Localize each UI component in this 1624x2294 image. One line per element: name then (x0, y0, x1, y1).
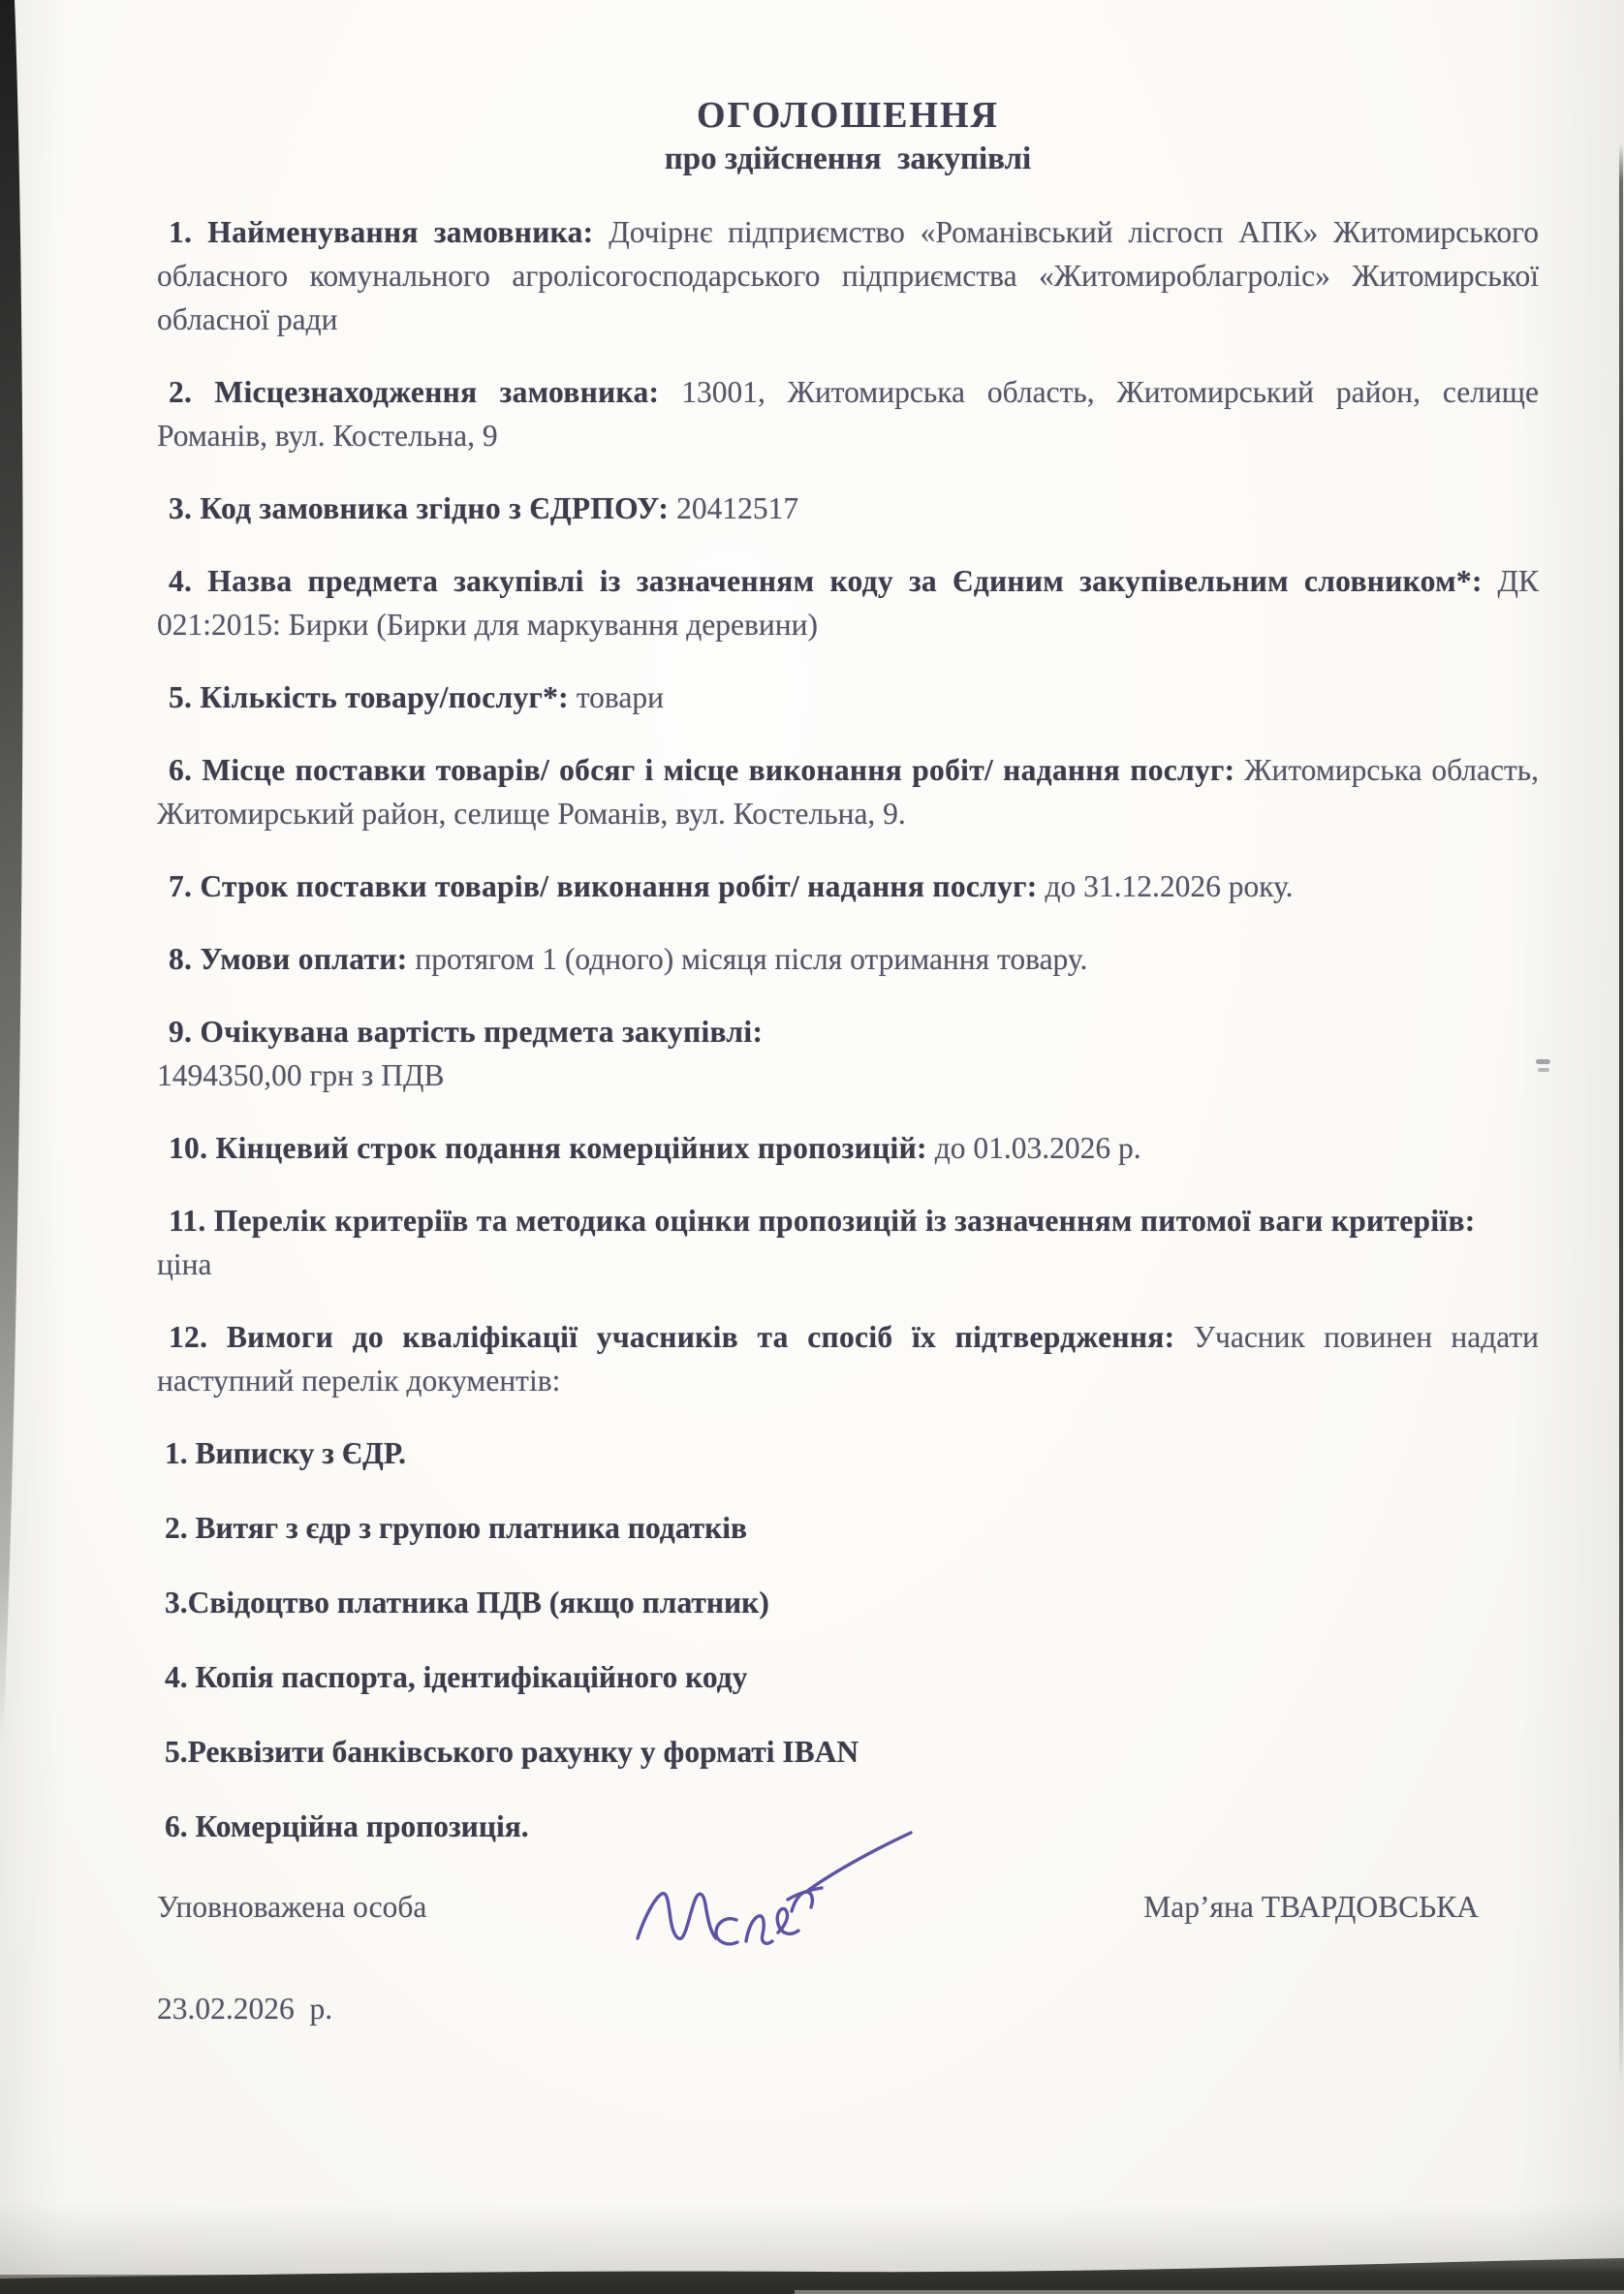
signatory-role: Уповноважена особа (157, 1885, 426, 1929)
section-label: 9. Очікувана вартість предмета закупівлі… (169, 1015, 763, 1049)
section-value: товари (577, 680, 664, 714)
section-label: 1. Найменування замовника: (169, 215, 593, 249)
signatory-name: Мар’яна ТВАРДОВСЬКА (1143, 1885, 1479, 1929)
document-item: 3.Свідоцтво платника ПДВ (якщо платник) (157, 1581, 1539, 1624)
section-paragraph: 4. Назва предмета закупівлі із зазначенн… (157, 559, 1539, 646)
scanned-page: ОГОЛОШЕННЯ про здійснення закупівлі 1. Н… (0, 0, 1624, 2294)
numbered-sections: 1. Найменування замовника: Дочірнє підпр… (157, 210, 1539, 1402)
section-label: 3. Код замовника згідно з ЄДРПОУ: (169, 491, 669, 525)
qualification-document-list: 1. Виписку з ЄДР.2. Витяг з єдр з групою… (157, 1431, 1539, 1848)
section-paragraph: 12. Вимоги до кваліфікації учасників та … (157, 1315, 1539, 1402)
section-value: до 01.03.2026 р. (935, 1131, 1141, 1165)
document-item: 5.Реквізити банківського рахунку у форма… (157, 1730, 1539, 1774)
section-label: 11. Перелік критеріїв та методика оцінки… (169, 1204, 1476, 1238)
section-label: 6. Місце поставки товарів/ обсяг і місце… (169, 753, 1234, 787)
page-title: ОГОЛОШЕННЯ (157, 92, 1539, 139)
section-value: до 31.12.2026 року. (1045, 869, 1293, 903)
section-label: 4. Назва предмета закупівлі із зазначенн… (169, 564, 1483, 598)
section-paragraph: 11. Перелік критеріїв та методика оцінки… (157, 1199, 1539, 1286)
handwritten-signature-icon (601, 1793, 940, 2035)
section-label: 10. Кінцевий строк подання комерційних п… (169, 1131, 927, 1165)
section-label: 7. Строк поставки товарів/ виконання роб… (169, 869, 1038, 903)
section-label: 2. Місцезнаходження замовника: (169, 375, 659, 409)
section-label: 8. Умови оплати: (169, 942, 408, 976)
section-value: 20412517 (676, 491, 798, 525)
section-paragraph: 7. Строк поставки товарів/ виконання роб… (157, 864, 1539, 908)
scan-artifact (1536, 1059, 1550, 1064)
scan-left-edge (0, 0, 29, 1744)
section-paragraph: 6. Місце поставки товарів/ обсяг і місце… (157, 748, 1539, 835)
section-paragraph: 2. Місцезнаходження замовника: 13001, Жи… (157, 370, 1539, 457)
scan-artifact (1538, 1068, 1549, 1072)
section-value: 1494350,00 грн з ПДВ (157, 1058, 444, 1092)
section-label: 12. Вимоги до кваліфікації учасників та … (169, 1320, 1174, 1354)
section-paragraph: 5. Кількість товару/послуг*: товари (157, 676, 1539, 719)
section-paragraph: 3. Код замовника згідно з ЄДРПОУ: 204125… (157, 487, 1539, 530)
section-paragraph: 10. Кінцевий строк подання комерційних п… (157, 1126, 1539, 1170)
section-value: ціна (157, 1247, 211, 1281)
page-subtitle: про здійснення закупівлі (157, 139, 1539, 179)
document-body: ОГОЛОШЕННЯ про здійснення закупівлі 1. Н… (157, 92, 1539, 2030)
section-label: 5. Кількість товару/послуг*: (169, 680, 569, 714)
document-item: 4. Копія паспорта, ідентифікаційного код… (157, 1655, 1539, 1699)
scan-bottom-edge (0, 2236, 1624, 2294)
document-item: 2. Витяг з єдр з групою платника податкі… (157, 1506, 1539, 1550)
section-paragraph: 9. Очікувана вартість предмета закупівлі… (157, 1010, 1539, 1097)
section-paragraph: 8. Умови оплати: протягом 1 (одного) міс… (157, 937, 1539, 981)
section-paragraph: 1. Найменування замовника: Дочірнє підпр… (157, 210, 1539, 341)
scan-right-edge (1619, 143, 1623, 2087)
document-item: 1. Виписку з ЄДР. (157, 1431, 1539, 1475)
section-value: протягом 1 (одного) місяця після отриман… (415, 942, 1087, 976)
